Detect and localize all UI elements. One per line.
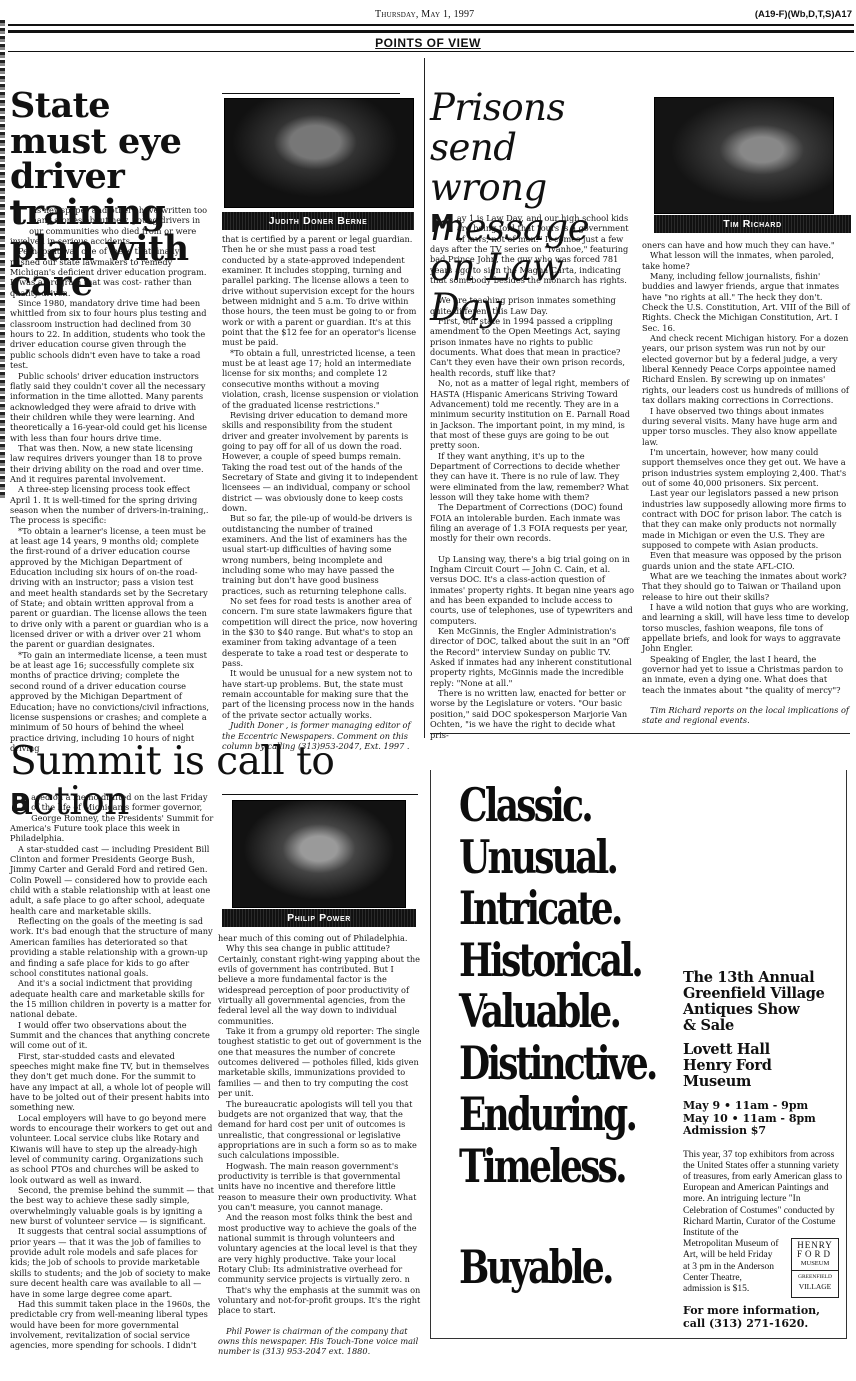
top-rule: [8, 24, 854, 26]
dropcap: M: [430, 214, 455, 234]
issue-date: Thursday, May 1, 1997: [375, 9, 474, 20]
author-photo-philip-power: [232, 800, 406, 908]
photo-rule: [222, 794, 418, 795]
paragraph: And check recent Michigan history. For a…: [642, 333, 850, 405]
logo-text: FORD: [792, 1250, 838, 1259]
paragraph: Even that measure was opposed by the pri…: [642, 550, 850, 571]
paragraph: I'm uncertain, however, how many could s…: [642, 447, 850, 488]
section-title: POINTS OF VIEW: [0, 36, 856, 50]
paragraph: ased on a memo drafted on the last Frida…: [10, 792, 214, 844]
paragraph: A star-studded cast — including Presiden…: [10, 844, 214, 916]
ad-admission: Admission $7: [683, 1125, 843, 1138]
paragraph: Perhaps it was one of these that finally…: [10, 246, 210, 298]
paragraph: *To gain an intermediate license, a teen…: [10, 650, 210, 753]
paragraph: First, our state in 1994 passed a crippl…: [430, 316, 635, 378]
paragraph: Reflecting on the goals of the meeting i…: [10, 916, 214, 978]
paragraph: Second, the premise behind the summit — …: [10, 1185, 214, 1226]
paragraph: *To obtain a learner's license, a teen m…: [10, 526, 210, 650]
ad-word: Timeless.: [459, 1141, 656, 1193]
paragraph: Up Lansing way, there's a big trial goin…: [430, 554, 635, 626]
paragraph: Ken McGinnis, the Engler Administration'…: [430, 626, 635, 688]
author-photo-tim-richard: [654, 97, 834, 214]
section-rule-upper: [8, 30, 854, 33]
paragraph: And the reason most folks think the best…: [218, 1212, 423, 1284]
paragraph: A three-step licensing process took effe…: [10, 484, 210, 525]
author-caption: Philip Power: [222, 909, 416, 927]
paragraph: The Department of Corrections (DOC) foun…: [430, 502, 635, 543]
page-folio: Thursday, May 1, 1997 (A19-F)(Wb,D,T,S)A…: [0, 6, 856, 22]
dropcap: B: [10, 793, 29, 813]
ad-event-details: The 13th Annual Greenfield Village Antiq…: [683, 970, 843, 1330]
paragraph: Speaking of Engler, the last I heard, th…: [642, 654, 850, 695]
logo-text: GREENFIELD: [792, 1273, 838, 1282]
paragraph: Last year our legislators passed a new p…: [642, 488, 850, 550]
author-photo-judith-doner-berne: [224, 98, 414, 208]
ad-word-list: Classic. Unusual. Intricate. Historical.…: [459, 780, 711, 1294]
page-code: (A19-F)(Wb,D,T,S)A17: [755, 9, 852, 20]
paragraph: Many, including fellow journalists, fish…: [642, 271, 850, 333]
paragraph: I would offer two observations about the…: [10, 1020, 214, 1051]
paragraph: his newspaper and others have written to…: [10, 205, 210, 246]
summit-article-col1: B ased on a memo drafted on the last Fri…: [10, 792, 214, 1351]
ad-word: Valuable.: [459, 986, 656, 1038]
logo-text: VILLAGE: [792, 1282, 838, 1291]
ad-word: Distinctive.: [459, 1038, 656, 1090]
paragraph: *To obtain a full, unrestricted license,…: [222, 348, 420, 410]
driver-article-col2: that is certified by a parent or legal g…: [222, 234, 420, 751]
antiques-show-advertisement: Classic. Unusual. Intricate. Historical.…: [430, 770, 847, 1339]
column-divider: [424, 58, 425, 738]
paragraph: We are teaching prison inmates something…: [430, 295, 635, 316]
paragraph: If they want anything, it's up to the De…: [430, 451, 635, 503]
ad-word: Enduring.: [459, 1089, 656, 1141]
paragraph: Public schools' driver education instruc…: [10, 371, 210, 443]
article-bottom-rule: [430, 733, 850, 734]
paragraph: But so far, the pile-up of would-be driv…: [222, 513, 420, 596]
paragraph: And it's a social indictment that provid…: [10, 978, 214, 1019]
driver-article-col1: T his newspaper and others have written …: [10, 205, 210, 753]
ad-word: Intricate.: [459, 883, 656, 935]
ad-venue-line: Henry Ford Museum: [683, 1058, 843, 1090]
paragraph: Why this sea change in public attitude? …: [218, 943, 423, 1026]
ad-title-line: The 13th Annual: [683, 970, 843, 986]
paragraph: Take it from a grumpy old reporter: The …: [218, 1026, 423, 1098]
paragraph: It would be unusual for a new system not…: [222, 668, 420, 720]
author-caption: Judith Doner Berne: [222, 212, 414, 230]
photo-rule: [222, 93, 400, 94]
prison-article-col1: M ay 1 is Law Day, and our high school k…: [430, 213, 635, 740]
ad-title-line: Antiques Show: [683, 1002, 843, 1018]
ad-description: This year, 37 top exhibitors from across…: [683, 1150, 843, 1228]
ad-closer-word: Buyable.: [459, 1242, 656, 1294]
section-rule-lower: [8, 51, 854, 52]
author-signoff: Tim Richard reports on the local implica…: [642, 705, 850, 726]
paragraph: I have a wild notion that guys who are w…: [642, 602, 850, 654]
summit-article-col2: hear much of this coming out of Philadel…: [218, 933, 423, 1357]
paragraph: oners can have and how much they can hav…: [642, 240, 850, 250]
ad-contact-phone: call (313) 271-1620.: [683, 1318, 843, 1331]
author-caption: Tim Richard: [654, 215, 851, 233]
paragraph: That's why the emphasis at the summit wa…: [218, 1285, 423, 1316]
paragraph: The bureaucratic apologists will tell yo…: [218, 1099, 423, 1161]
dropcap: T: [10, 206, 27, 226]
author-signoff: Phil Power is chairman of the company th…: [218, 1326, 423, 1357]
paragraph: ay 1 is Law Day, and our high school kid…: [430, 213, 635, 285]
headline-line: State must eye: [10, 88, 215, 159]
ad-title-line: & Sale: [683, 1018, 843, 1034]
henry-ford-museum-logo: HENRY FORD MUSEUM GREENFIELD VILLAGE: [791, 1238, 839, 1298]
ad-contact-line: For more information,: [683, 1305, 843, 1318]
ad-schedule-line: May 9 • 11am - 9pm: [683, 1100, 843, 1113]
ad-word: Classic.: [459, 780, 656, 832]
paragraph: Since 1980, mandatory drive time had bee…: [10, 298, 210, 370]
paragraph: No, not as a matter of legal right, memb…: [430, 378, 635, 450]
paragraph: What are we teaching the inmates about w…: [642, 571, 850, 602]
ad-venue-line: Lovett Hall: [683, 1042, 843, 1058]
paragraph: What lesson will the inmates, when parol…: [642, 250, 850, 271]
paragraph: Revising driver education to demand more…: [222, 410, 420, 513]
paragraph: It suggests that central social assumpti…: [10, 1226, 214, 1298]
paragraph: No set fees for road tests is another ar…: [222, 596, 420, 668]
paragraph: I have observed two things about inmates…: [642, 406, 850, 447]
paragraph: Had this summit taken place in the 1960s…: [10, 1299, 214, 1351]
paragraph: First, star-studded casts and elevated s…: [10, 1051, 214, 1113]
paragraph: That was then. Now, a new state licensin…: [10, 443, 210, 484]
ad-title-line: Greenfield Village: [683, 986, 843, 1002]
paragraph: hear much of this coming out of Philadel…: [218, 933, 423, 943]
ad-word: Unusual.: [459, 832, 656, 884]
paragraph: that is certified by a parent or legal g…: [222, 234, 420, 348]
ad-word: Historical.: [459, 935, 656, 987]
headline-line: Prisons send: [430, 88, 635, 168]
logo-text: MUSEUM: [792, 1259, 838, 1268]
page-edge-scan-mark: [0, 20, 5, 500]
prison-article-col2: oners can have and how much they can hav…: [642, 240, 850, 726]
paragraph: Hogwash. The main reason government's pr…: [218, 1161, 423, 1213]
paragraph: Local employers will have to go beyond m…: [10, 1113, 214, 1185]
